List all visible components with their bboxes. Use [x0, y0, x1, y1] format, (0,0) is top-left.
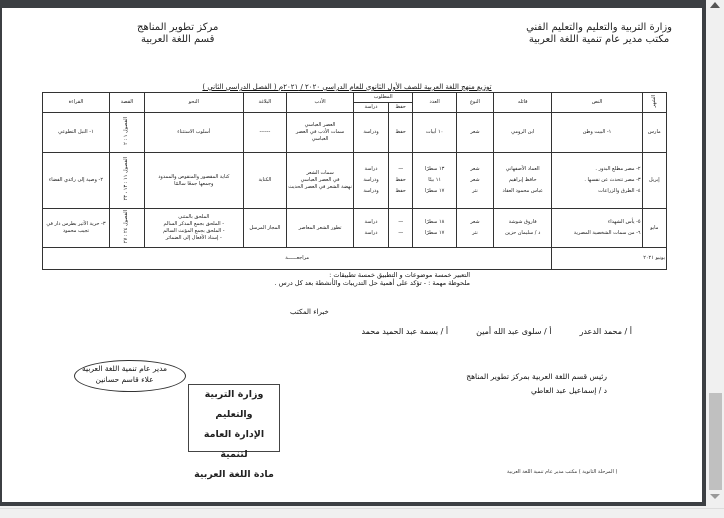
cell-literature: سمات الشعر في العصر العباسي نهضة الشعر ف… — [287, 153, 354, 209]
cell-grammar: كناية المقصور والمنقوص والممدود وجمعها ج… — [144, 153, 243, 209]
stamp-line-1: وزارة التربية والتعليم — [189, 385, 279, 425]
cell-author: ابن الرومي — [494, 113, 552, 153]
cell-study: ودراسة — [353, 113, 388, 153]
document-page: وزارة التربية والتعليم والتعليم الفني مك… — [2, 8, 702, 502]
cell-literature: تطور الشعر المعاصر — [287, 209, 354, 248]
notes-block: التعبير خمسة موضوعات و التطبيق خمسة تطبي… — [275, 271, 470, 287]
scroll-down-arrow-icon[interactable] — [710, 494, 720, 499]
expert-name-3: أ / بسمة عبد الحميد محمد — [361, 327, 448, 336]
stamp-line-3: مادة اللغة العربية — [189, 465, 279, 485]
header-author: قائله — [494, 93, 552, 113]
ministry-line-2: مكتب مدير عام تنمية اللغة العربية — [526, 34, 672, 46]
table-row-may: مايو ٥- يأس الشهداء٦- من سمات الشخصية ال… — [43, 209, 667, 248]
cell-story: الفصول ١ : ٢ — [109, 113, 144, 153]
header-text: النص — [552, 93, 642, 113]
cell-text: ١- البيت وطن — [552, 113, 642, 153]
cell-rhetoric: الكناية — [243, 153, 287, 209]
cell-rhetoric: المجاز المرسل — [243, 209, 287, 248]
document-title: توزيع منهج اللغة العربية للصف الأول الثا… — [182, 83, 512, 91]
cell-grammar: أسلوب الاستثناء — [144, 113, 243, 153]
table-row-june: يونيو ٢٠٢١ مراجعــــــة — [43, 248, 667, 270]
cell-type: شعرنثر — [456, 209, 493, 248]
footer-note: ( المرحلة الثانوية ) مكتب مدير عام تنمية… — [507, 469, 617, 475]
page-frame: وزارة التربية والتعليم والتعليم الفني مك… — [0, 8, 706, 506]
scroll-thumb[interactable] — [709, 393, 722, 490]
cell-reading: ١- النبل التطوعي — [43, 113, 110, 153]
handwritten-signature-scribble — [74, 360, 186, 392]
header-memorize: حفظ — [388, 103, 412, 113]
header-count: العدد — [413, 93, 457, 113]
experts-label: خبراء المكتب — [290, 308, 329, 316]
stamp-line-2: الإدارة العامة لتنمية — [189, 425, 279, 465]
cell-reading: ٢- وصية إلى رائدي الفضاء — [43, 153, 110, 209]
vertical-scrollbar[interactable] — [706, 0, 724, 508]
viewer-top-bar — [0, 0, 706, 8]
header-month: الشهر — [642, 93, 666, 113]
head-name: د / إسماعيل عبد العاطي — [417, 384, 607, 398]
header-study: دراسة — [353, 103, 388, 113]
cell-memorize: —— — [388, 209, 412, 248]
cell-study: دراسةودراسةودراسة — [353, 153, 388, 209]
cell-type: شعر — [456, 113, 493, 153]
curriculum-table: الشهر النص قائله النوع العدد المطلوب الأ… — [42, 92, 667, 270]
cell-month: مايو — [642, 209, 666, 248]
cell-count: ١٣ سطرًا١١ بيتًا١٧ سطرًا — [413, 153, 457, 209]
official-stamp: وزارة التربية والتعليم الإدارة العامة لت… — [188, 384, 280, 452]
cell-author: العماد الأصفهانيحافظ إبراهيمعباس محمود ا… — [494, 153, 552, 209]
ministry-header: وزارة التربية والتعليم والتعليم الفني مك… — [526, 22, 672, 46]
header-required: المطلوب — [353, 93, 412, 103]
cell-memorize: —حفظحفظ — [388, 153, 412, 209]
cell-rhetoric: ------ — [243, 113, 287, 153]
header-grammar: النحو — [144, 93, 243, 113]
cell-type: شعرشعرنثر — [456, 153, 493, 209]
cell-text: ٢- مصر مطلع البدور .٣- مصر تتحدث عن نفسه… — [552, 153, 642, 209]
header-story: القصة — [109, 93, 144, 113]
cell-june-label: يونيو ٢٠٢١ — [552, 248, 667, 270]
department-head-signature: رئيس قسم اللغة العربية بمركز تطوير المنا… — [417, 370, 607, 398]
expert-name-2: أ / سلوى عبد الله أمين — [476, 327, 551, 336]
cell-month: إبريل — [642, 153, 666, 209]
cell-month: مارس — [642, 113, 666, 153]
table-row-march: مارس ١- البيت وطن ابن الرومي شعر ١٠ أبيا… — [43, 113, 667, 153]
experts-names: أ / محمد الدعدر أ / سلوى عبد الله أمين أ… — [232, 327, 632, 336]
center-line-2: قسم اللغة العربية — [137, 34, 218, 46]
center-line-1: مركز تطوير المناهج — [137, 22, 218, 34]
cell-story: الفصول ٢٤ : ٢٧ — [109, 209, 144, 248]
cell-author: فاروق شوشةد / سليمان حزين — [494, 209, 552, 248]
header-reading: القراءة — [43, 93, 110, 113]
cell-story: الفصول ١١ : ١٣ ، ٢٣ — [109, 153, 144, 209]
table-row-april: إبريل ٢- مصر مطلع البدور .٣- مصر تتحدث ع… — [43, 153, 667, 209]
cell-text: ٥- يأس الشهداء٦- من سمات الشخصية المصرية — [552, 209, 642, 248]
scroll-up-arrow-icon[interactable] — [710, 2, 720, 8]
cell-literature: العصر العباسي سمات الأدب في العصر العباس… — [287, 113, 354, 153]
cell-grammar: الملحق بالمثنى - الملحق بجمع المذكر السا… — [144, 209, 243, 248]
header-rhetoric: البلاغة — [243, 93, 287, 113]
ministry-line-1: وزارة التربية والتعليم والتعليم الفني — [526, 22, 672, 34]
bottom-strip — [0, 508, 724, 518]
cell-reading: ٣- حرية الأثير بطرس دار في تجيب محمود — [43, 209, 110, 248]
expert-name-1: أ / محمد الدعدر — [579, 327, 632, 336]
center-header: مركز تطوير المناهج قسم اللغة العربية — [137, 22, 218, 46]
head-title: رئيس قسم اللغة العربية بمركز تطوير المنا… — [417, 370, 607, 384]
header-type: النوع — [456, 93, 493, 113]
cell-study: دراسةدراسة — [353, 209, 388, 248]
note-composition: التعبير خمسة موضوعات و التطبيق خمسة تطبي… — [275, 271, 470, 279]
cell-count: ١٠ أبيات — [413, 113, 457, 153]
cell-memorize: حفظ — [388, 113, 412, 153]
header-literature: الأدب — [287, 93, 354, 113]
note-important: ملحوظة مهمة : - تؤكد على أهمية حل التدري… — [275, 279, 470, 287]
cell-review: مراجعــــــة — [43, 248, 552, 270]
cell-count: ١٨ سطرًا١٧ سطرًا — [413, 209, 457, 248]
